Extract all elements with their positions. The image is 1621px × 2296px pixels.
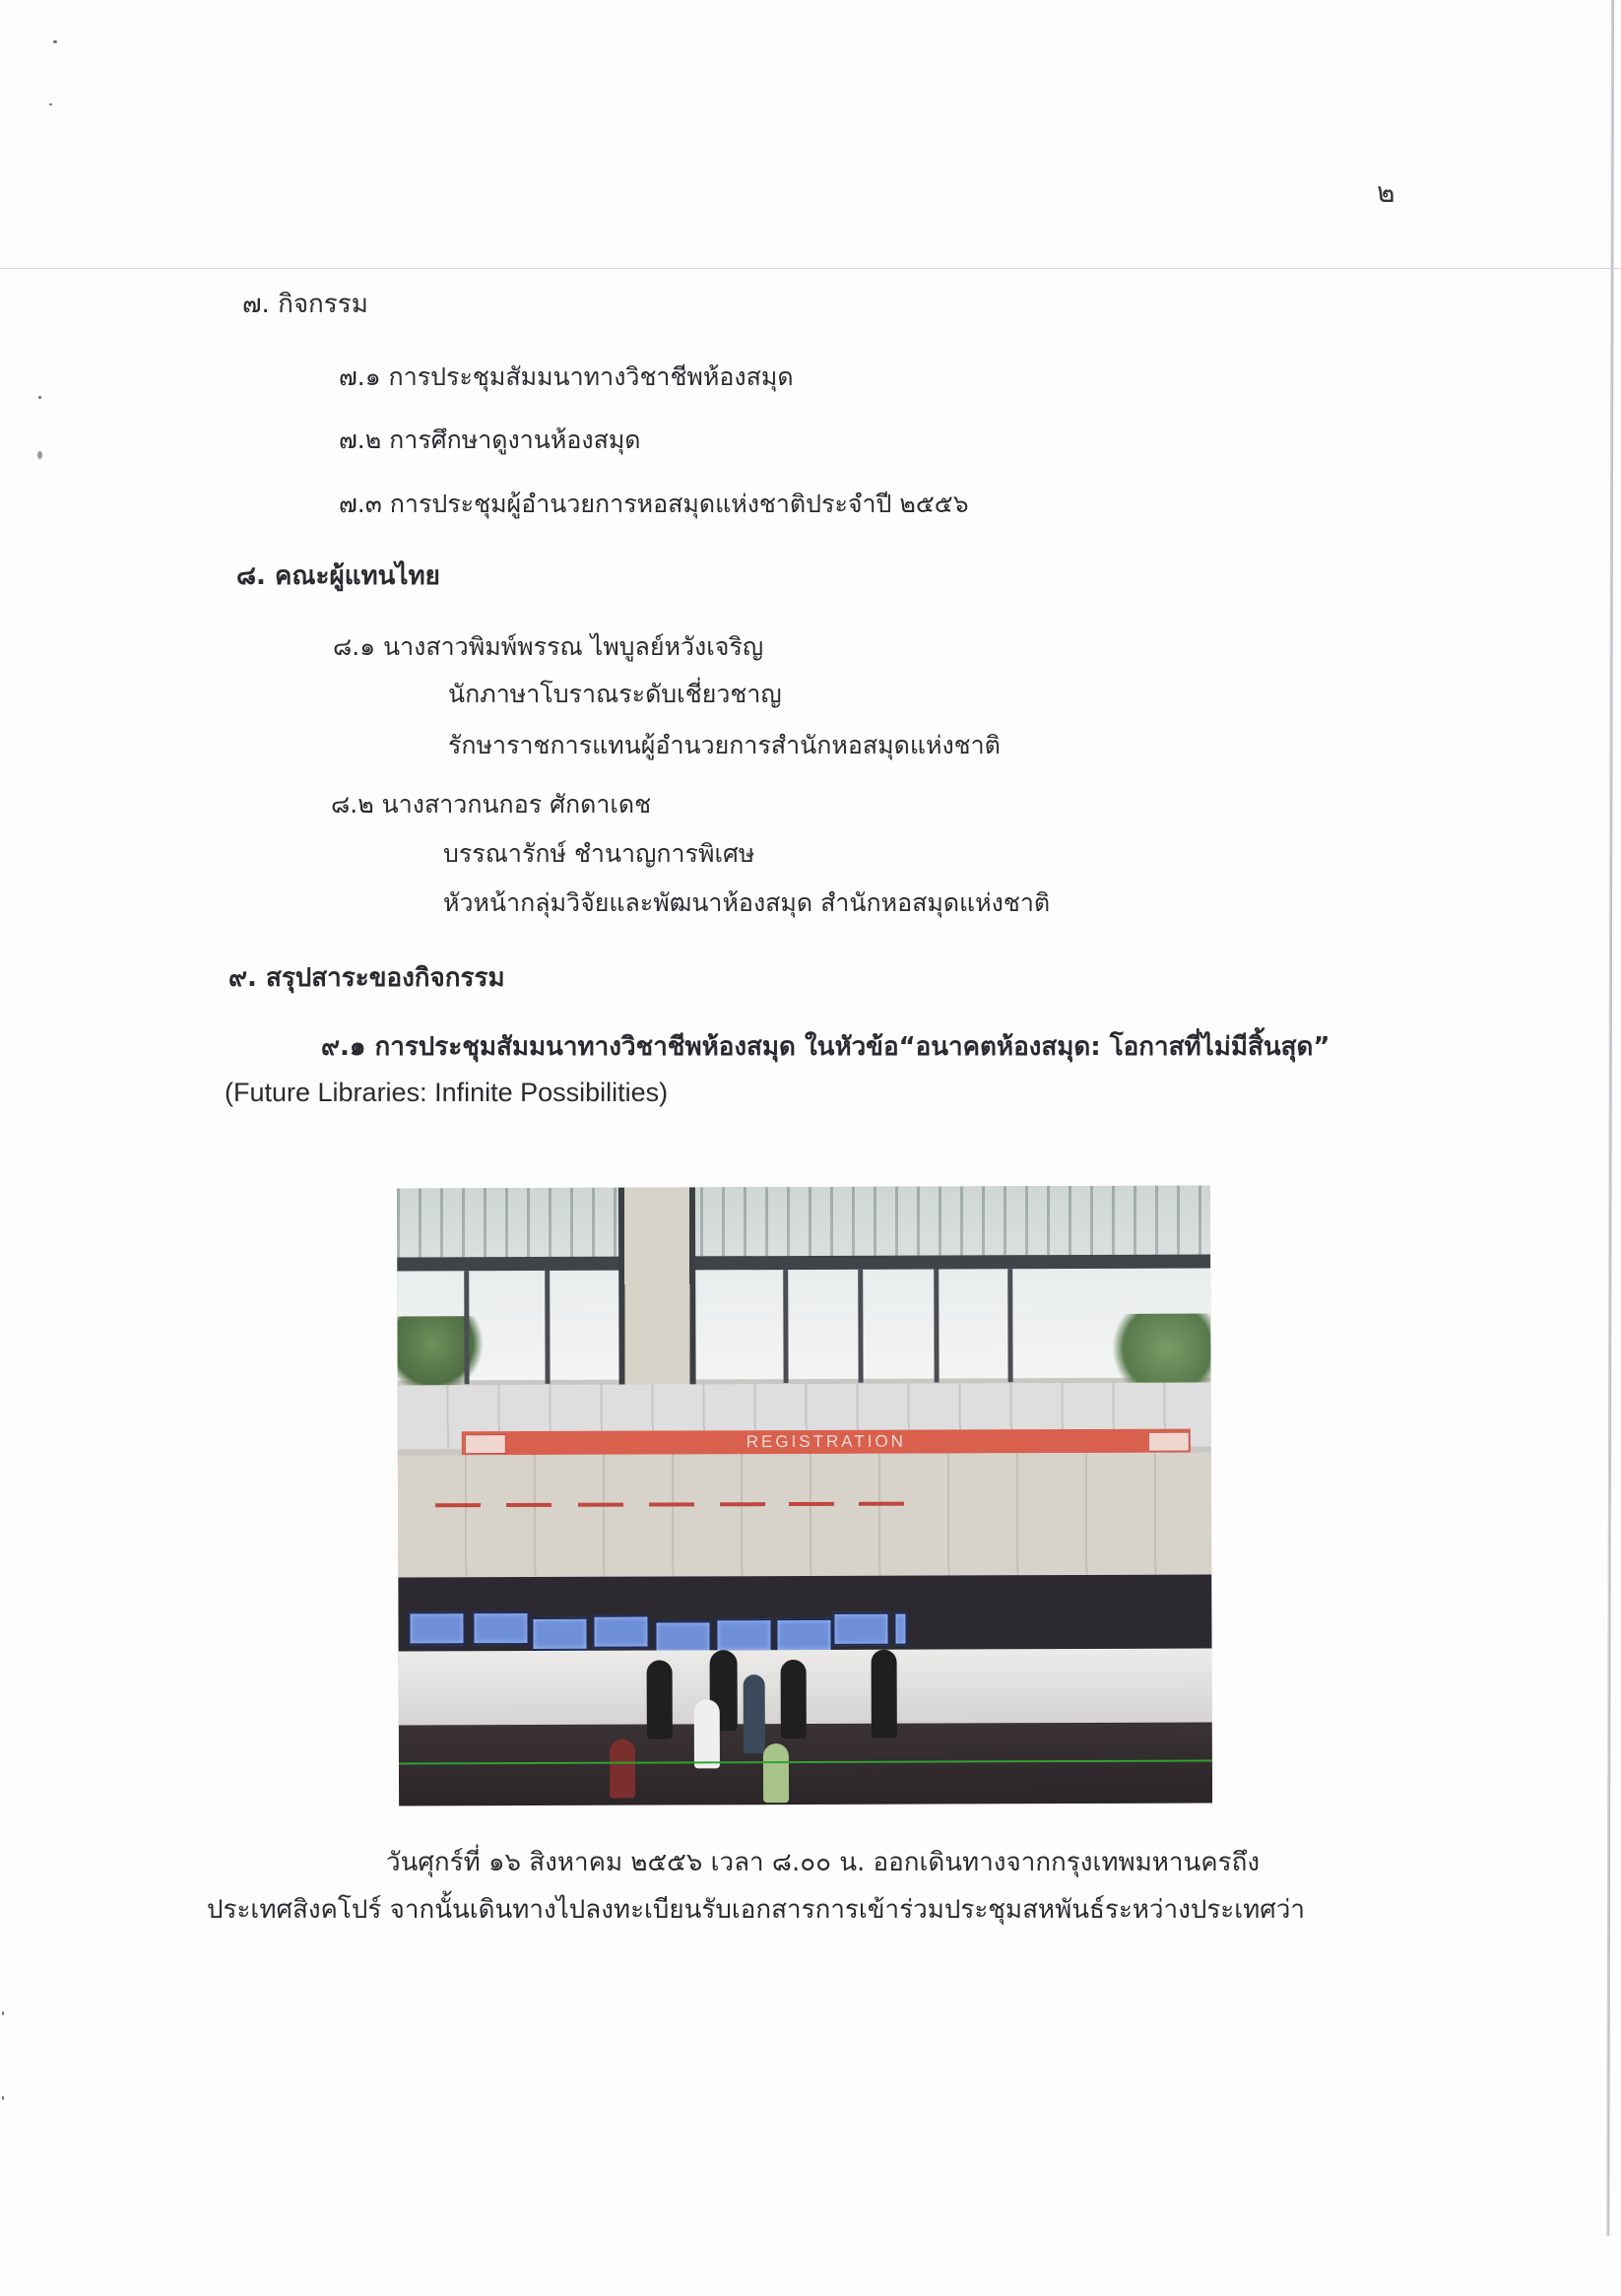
page-number: ๒ bbox=[1377, 171, 1394, 215]
section-7-item: ๗.๓ การประชุมผู้อำนวยการหอสมุดแห่งชาติปร… bbox=[339, 488, 969, 521]
section-7-item: ๗.๑ การประชุมสัมมนาทางวิชาชีพห้องสมุด bbox=[339, 361, 794, 394]
scan-speck bbox=[49, 103, 52, 105]
member-title: บรรณารักษ์ ชำนาญการพิเศษ bbox=[443, 837, 754, 871]
scan-speck bbox=[2, 2011, 4, 2015]
scan-line bbox=[0, 268, 1621, 269]
section-7-heading: ๗. กิจกรรม bbox=[242, 288, 368, 321]
scan-edge bbox=[1606, 0, 1614, 2236]
scan-speck bbox=[2, 2096, 4, 2100]
scan-speck bbox=[37, 451, 42, 459]
scan-speck bbox=[53, 40, 57, 43]
section-7-item: ๗.๒ การศึกษาดูงานห้องสมุด bbox=[339, 424, 641, 457]
paragraph-line: วันศุกร์ที่ ๑๖ สิงหาคม ๒๕๕๖ เวลา ๘.๐๐ น.… bbox=[386, 1846, 1260, 1879]
member-name: ๘.๒ นางสาวกนกอร ศักดาเดช bbox=[331, 788, 651, 821]
paragraph-line: ประเทศสิงคโปร์ จากนั้นเดินทางไปลงทะเบียน… bbox=[207, 1893, 1305, 1927]
registration-banner: REGISTRATION bbox=[462, 1429, 1191, 1456]
member-name: ๘.๑ นางสาวพิมพ์พรรณ ไพบูลย์หวังเจริญ bbox=[333, 630, 763, 664]
section-9-heading: ๙. สรุปสาระของกิจกรรม bbox=[228, 961, 505, 995]
scan-speck bbox=[38, 396, 41, 399]
section-9-1-heading: ๙.๑ การประชุมสัมมนาทางวิชาชีพห้องสมุด ใน… bbox=[321, 1030, 1330, 1064]
member-title: รักษาราชการแทนผู้อำนวยการสำนักหอสมุดแห่ง… bbox=[448, 729, 1001, 762]
section-9-1-heading-en: (Future Libraries: Infinite Possibilitie… bbox=[225, 1076, 668, 1109]
registration-photo: REGISTRATION bbox=[397, 1186, 1212, 1806]
member-title: นักภาษาโบราณระดับเชี่ยวชาญ bbox=[448, 678, 782, 711]
member-title: หัวหน้ากลุ่มวิจัยและพัฒนาห้องสมุด สำนักห… bbox=[443, 886, 1050, 920]
section-8-heading: ๘. คณะผู้แทนไทย bbox=[236, 559, 440, 593]
